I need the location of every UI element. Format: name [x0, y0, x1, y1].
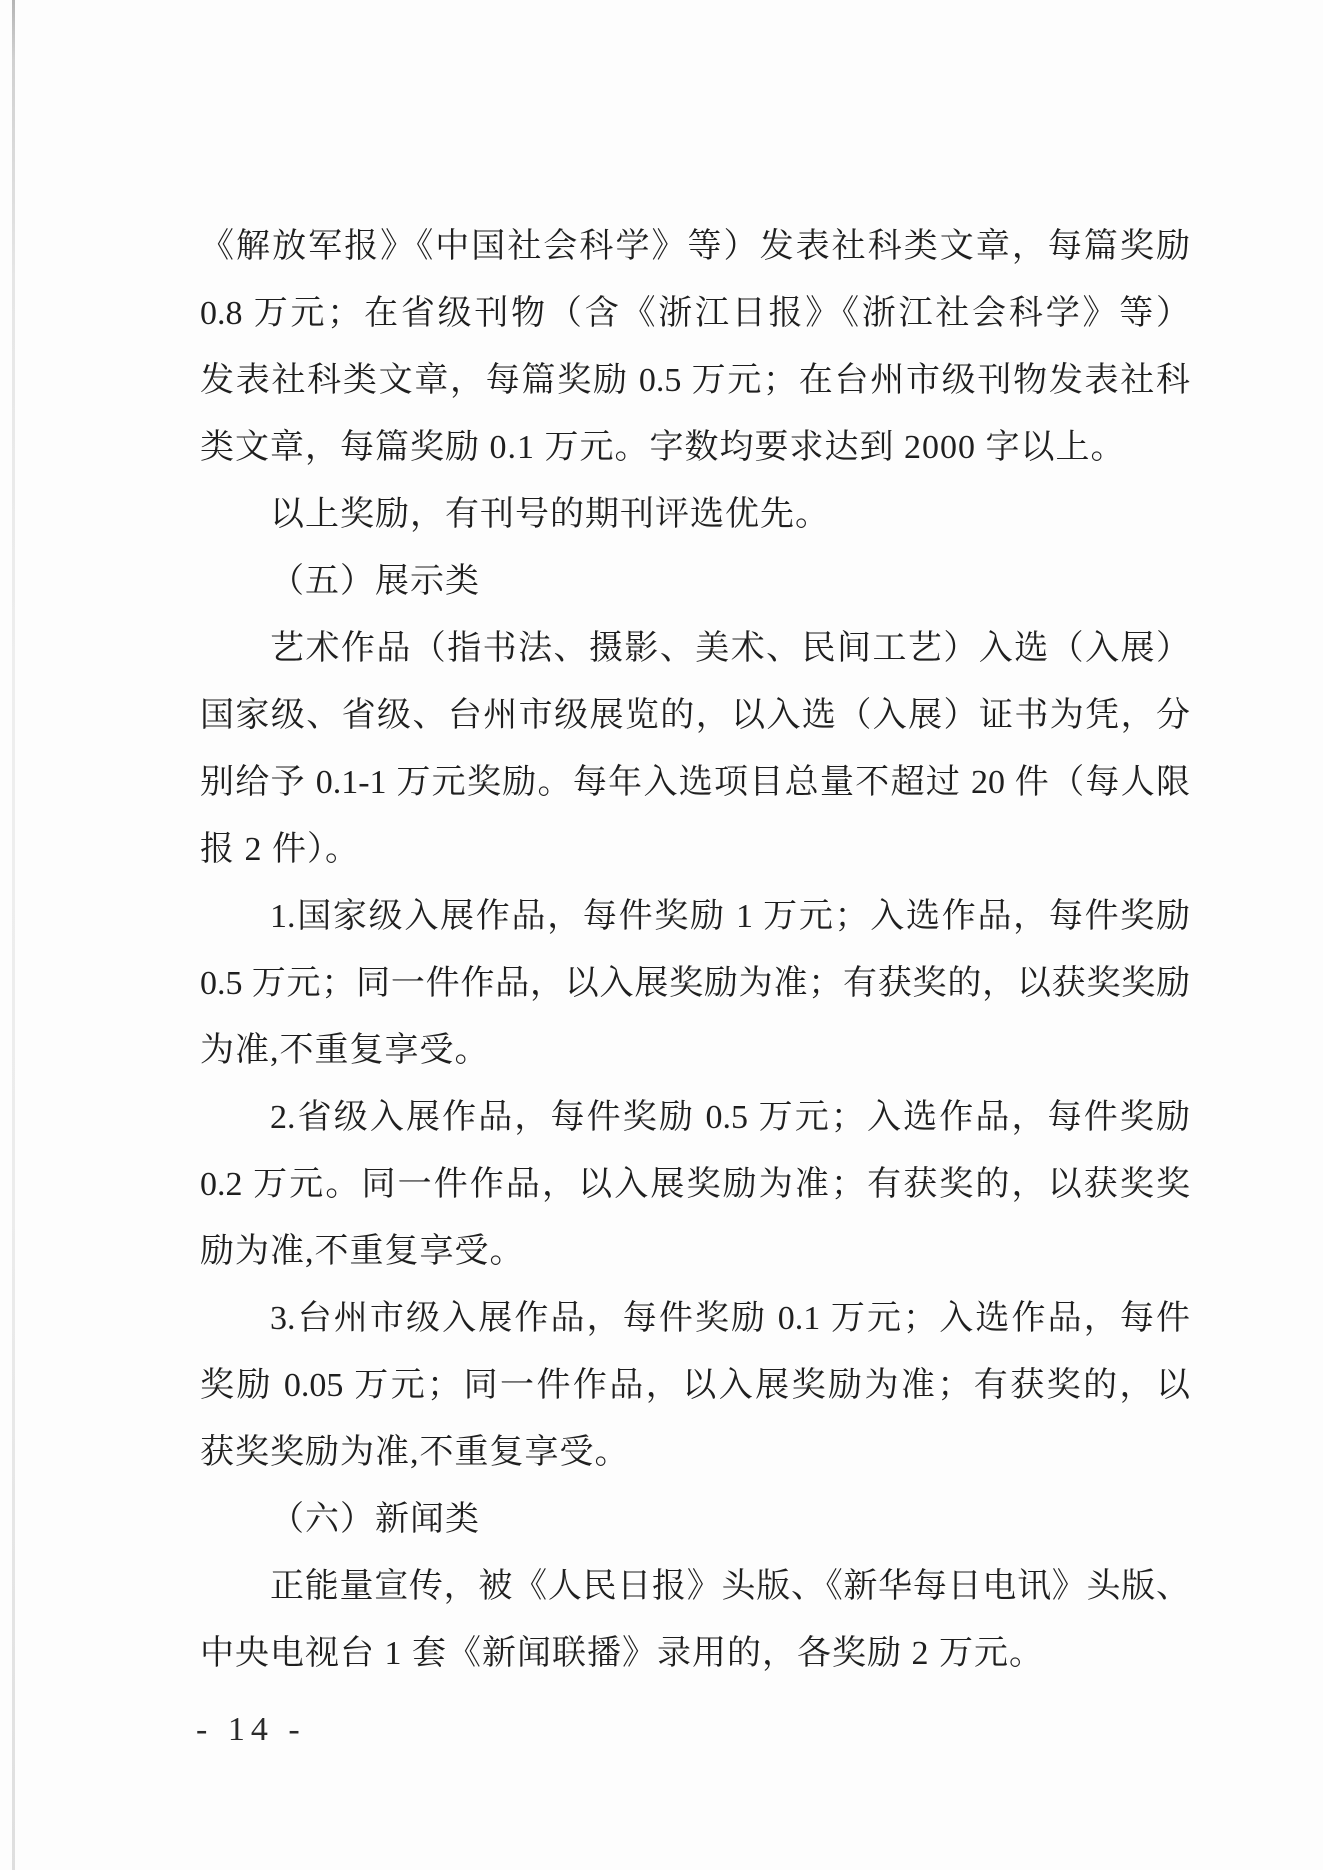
text-line: 获奖奖励为准,不重复享受。 [200, 1419, 1190, 1486]
text-line: 国家级、省级、台州市级展览的，以入选（入展）证书为凭，分 [200, 682, 1190, 749]
text-line: 3.台州市级入展作品，每件奖励 0.1 万元；入选作品，每件 [200, 1285, 1190, 1352]
scan-artifact-line [12, 0, 15, 1870]
text-lines: 《解放军报》《中国社会科学》等）发表社科类文章，每篇奖励0.8 万元；在省级刊物… [200, 213, 1190, 1687]
text-line: 励为准,不重复享受。 [200, 1218, 1190, 1285]
text-line: 2.省级入展作品，每件奖励 0.5 万元；入选作品，每件奖励 [200, 1084, 1190, 1151]
text-line: 报 2 件）。 [200, 816, 1190, 883]
text-line: 为准,不重复享受。 [200, 1017, 1190, 1084]
text-line: 0.2 万元。同一件作品，以入展奖励为准；有获奖的，以获奖奖 [200, 1151, 1190, 1218]
text-line: 以上奖励，有刊号的期刊评选优先。 [200, 481, 1190, 548]
text-line: 《解放军报》《中国社会科学》等）发表社科类文章，每篇奖励 [200, 213, 1190, 280]
text-line: 艺术作品（指书法、摄影、美术、民间工艺）入选（入展） [200, 615, 1190, 682]
text-line: 中央电视台 1 套《新闻联播》录用的，各奖励 2 万元。 [200, 1620, 1190, 1687]
text-line: 别给予 0.1-1 万元奖励。每年入选项目总量不超过 20 件（每人限 [200, 749, 1190, 816]
text-line: （六）新闻类 [200, 1486, 1190, 1553]
text-line: 正能量宣传，被《人民日报》头版、《新华每日电讯》头版、 [200, 1553, 1190, 1620]
text-line: 发表社科类文章，每篇奖励 0.5 万元；在台州市级刊物发表社科 [200, 347, 1190, 414]
text-line: 0.8 万元；在省级刊物（含《浙江日报》《浙江社会科学》等） [200, 280, 1190, 347]
text-line: 类文章，每篇奖励 0.1 万元。字数均要求达到 2000 字以上。 [200, 414, 1190, 481]
document-body: 《解放军报》《中国社会科学》等）发表社科类文章，每篇奖励0.8 万元；在省级刊物… [200, 213, 1190, 1687]
page-number: - 14 - [196, 1707, 306, 1753]
text-line: （五）展示类 [200, 548, 1190, 615]
text-line: 1.国家级入展作品，每件奖励 1 万元；入选作品，每件奖励 [200, 883, 1190, 950]
text-line: 奖励 0.05 万元；同一件作品，以入展奖励为准；有获奖的，以 [200, 1352, 1190, 1419]
text-line: 0.5 万元；同一件作品，以入展奖励为准；有获奖的，以获奖奖励 [200, 950, 1190, 1017]
